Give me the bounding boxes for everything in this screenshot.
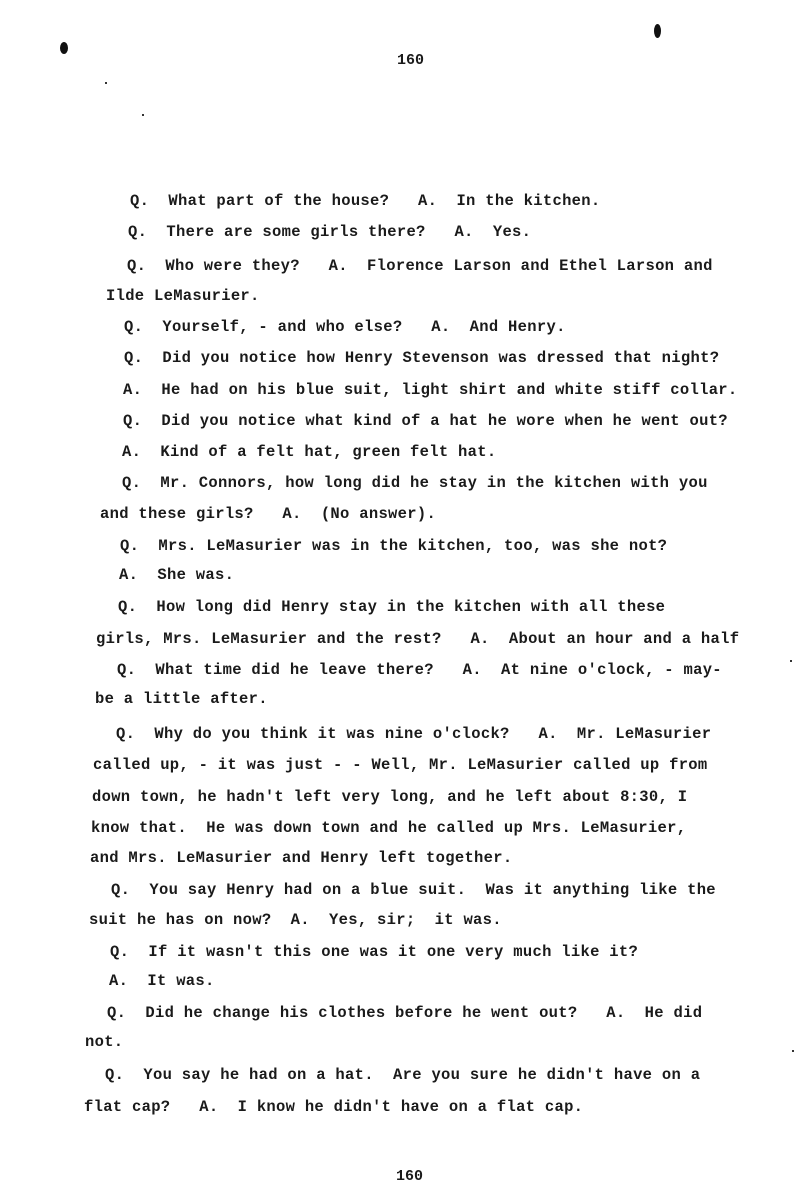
speck (792, 1050, 794, 1052)
text-line: and Mrs. LeMasurier and Henry left toget… (90, 849, 512, 867)
text-line: not. (85, 1033, 123, 1051)
text-line: Q. If it wasn't this one was it one very… (110, 943, 638, 961)
speck (105, 82, 107, 84)
speck (790, 660, 792, 662)
text-line: Q. Did you notice how Henry Stevenson wa… (124, 349, 719, 367)
text-line: Ilde LeMasurier. (106, 287, 260, 305)
text-line: Q. Mrs. LeMasurier was in the kitchen, t… (120, 537, 667, 555)
text-line: suit he has on now? A. Yes, sir; it was. (89, 911, 502, 929)
text-line: A. It was. (109, 972, 215, 990)
page-number-top: 160 (397, 52, 424, 69)
text-line: girls, Mrs. LeMasurier and the rest? A. … (96, 630, 739, 648)
page-number-bottom: 160 (396, 1168, 423, 1185)
text-line: Q. You say he had on a hat. Are you sure… (105, 1066, 700, 1084)
text-line: Q. Did you notice what kind of a hat he … (123, 412, 728, 430)
text-line: Q. What part of the house? A. In the kit… (130, 192, 600, 210)
text-line: down town, he hadn't left very long, and… (92, 788, 687, 806)
text-line: A. She was. (119, 566, 234, 584)
text-line: flat cap? A. I know he didn't have on a … (84, 1098, 583, 1116)
text-line: Q. You say Henry had on a blue suit. Was… (111, 881, 716, 899)
text-line: Q. There are some girls there? A. Yes. (128, 223, 531, 241)
text-line: Q. Yourself, - and who else? A. And Henr… (124, 318, 566, 336)
text-line: know that. He was down town and he calle… (91, 819, 686, 837)
text-line: Q. What time did he leave there? A. At n… (117, 661, 722, 679)
binder-hole-mark-right (654, 24, 661, 38)
text-line: Q. Did he change his clothes before he w… (107, 1004, 702, 1022)
text-line: Q. Why do you think it was nine o'clock?… (116, 725, 711, 743)
document-page: 160 Q. What part of the house? A. In the… (0, 0, 800, 1199)
text-line: Q. Who were they? A. Florence Larson and… (127, 257, 713, 275)
text-line: called up, - it was just - - Well, Mr. L… (93, 756, 708, 774)
text-line: A. He had on his blue suit, light shirt … (123, 381, 738, 399)
text-line: Q. How long did Henry stay in the kitche… (118, 598, 665, 616)
text-line: A. Kind of a felt hat, green felt hat. (122, 443, 496, 461)
speck (142, 114, 144, 116)
binder-hole-mark-left (60, 42, 68, 54)
text-line: be a little after. (95, 690, 268, 708)
text-line: and these girls? A. (No answer). (100, 505, 436, 523)
text-line: Q. Mr. Connors, how long did he stay in … (122, 474, 708, 492)
